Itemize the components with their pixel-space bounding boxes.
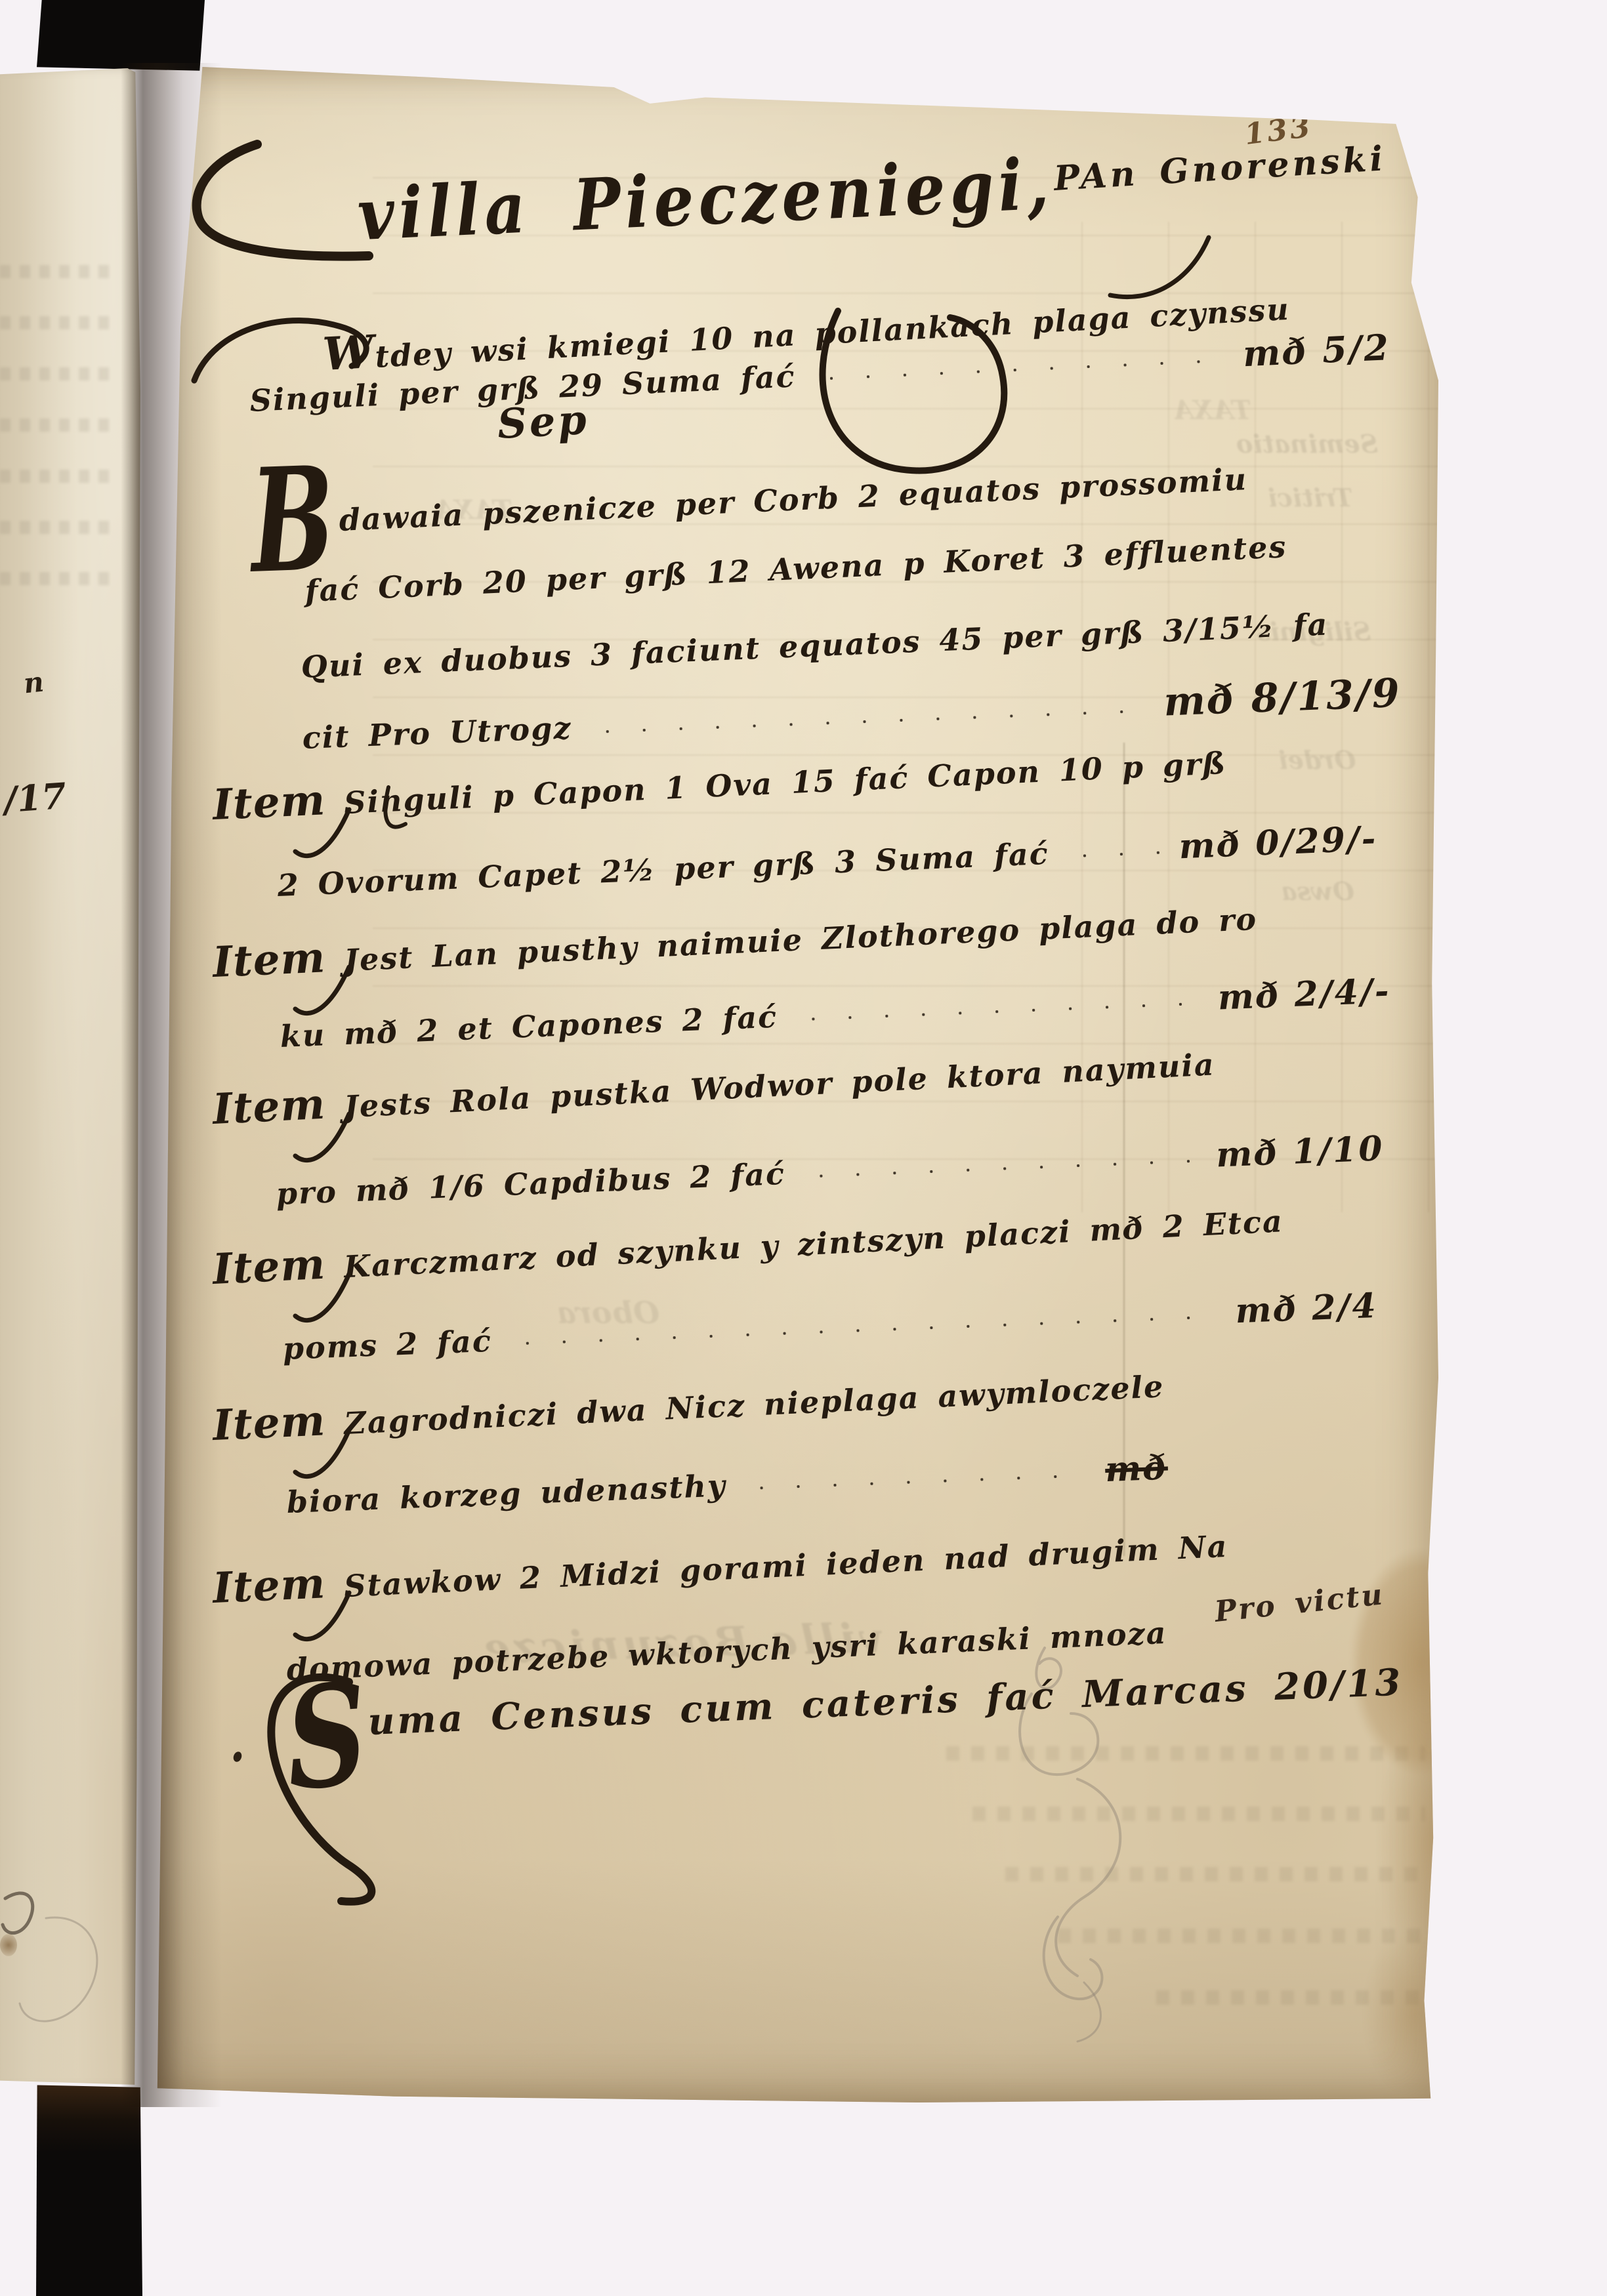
recto-page: Seminatio Tritici Siliginis Ordei Owsa T… [152, 67, 1438, 2102]
paragraph-line-4-row: cit Pro Utrogz mð 8/13/9 [301, 670, 1402, 758]
dot-leader [795, 1000, 1201, 1023]
item-row: Item Stawkow 2 Midzi gorami ieden nad dr… [212, 1518, 1229, 1613]
dot-leader [812, 357, 1226, 382]
dot-leader [589, 708, 1147, 736]
book-clamp-bottom [36, 2081, 142, 2296]
bleedthrough-word: Seminatio [1236, 429, 1378, 459]
item-amount-row: poms 2 fać mð 2/4 [282, 1286, 1379, 1368]
bleedthrough-row [1156, 1990, 1425, 2005]
owner-note: PAn Gnorenski [1053, 138, 1387, 199]
dot-leader [1066, 850, 1163, 860]
amount-value: mð 1/10 [1215, 1128, 1385, 1175]
amount-value-struck: mð [1104, 1447, 1169, 1490]
bleedthrough-word: Ordei [1278, 745, 1356, 775]
item-amount-row: biora korzeg udenasthy mð [286, 1447, 1169, 1521]
item-lead: Item [212, 933, 327, 987]
bleedthrough-row [972, 1807, 1425, 1821]
item-lead: Item [212, 1559, 327, 1613]
item-text: Karczmarz od szynku y zintszyn placzi mð… [343, 1203, 1284, 1284]
item-text: Zagrodniczi dwa Nicz nieplaga awymloczel… [343, 1368, 1165, 1441]
item-text: 2 Ovorum Capet 2½ per grß 3 Suma fać [277, 836, 1050, 903]
verso-bleed-line [0, 265, 113, 278]
verso-bleed-line [0, 419, 113, 432]
paragraph-line-1: dawaia pszenicze per Corb 2 equatos pros… [339, 461, 1249, 538]
item-lead: Item [211, 1080, 326, 1134]
item-text: ku mð 2 et Capones 2 fać [280, 999, 778, 1054]
item-text: Singuli p Capon 1 Ova 15 fać Capon 10 p … [343, 745, 1227, 821]
verso-bleed-line [0, 367, 113, 380]
dot-leader [803, 1158, 1200, 1180]
item-row: Item Jest Lan pusthy naimuie Zlothorego … [212, 891, 1259, 987]
item-row: Item Zagrodniczi dwa Nicz nieplaga awyml… [212, 1358, 1165, 1450]
scanned-manuscript-photo: { "document": { "page_number": "133", "t… [0, 0, 1607, 2296]
item-amount-row: 2 Ovorum Capet 2½ per grß 3 Suma fać mð … [276, 819, 1378, 905]
amount-value: mð 8/13/9 [1163, 670, 1402, 726]
paragraph-line-2: fać Corb 20 per grß 12 Awena p Koret 3 e… [304, 529, 1288, 609]
ink-dot [232, 1750, 243, 1763]
item-text: biora korzeg udenasthy [286, 1467, 727, 1520]
book-clamp-top [37, 0, 205, 72]
item-lead: Item [211, 1240, 326, 1294]
verso-brown-spot [0, 1934, 17, 1956]
verso-page-edge: n /17 [0, 68, 142, 2089]
bleedthrough-word: TAXA [1173, 395, 1251, 426]
verso-pen-curl [0, 1826, 142, 2089]
item-text: Jest Lan pusthy naimuie Zlothorego plaga… [343, 901, 1258, 978]
amount-value: mð 2/4/- [1217, 971, 1392, 1018]
verso-bleed-line [0, 316, 113, 329]
verso-bleed-line [0, 470, 113, 483]
bleedthrough-row [1005, 1867, 1425, 1881]
dot-leader [509, 1313, 1219, 1347]
bleedthrough-word: Tritici [1268, 483, 1353, 512]
paragraph-line-3: Qui ex duobus 3 faciunt equatos 45 per g… [301, 606, 1329, 685]
verso-ink-fragment: /17 [3, 775, 68, 821]
verso-ink-fragment: n [22, 666, 46, 700]
bleedthrough-row [946, 1746, 1425, 1761]
item-lead: Item [212, 1396, 327, 1450]
amount-value: mð 0/29/- [1178, 819, 1378, 867]
section-heading: Sep [496, 396, 590, 448]
bleedthrough-row [1058, 1929, 1425, 1943]
summary-initial-S: S [281, 1652, 374, 1822]
item-text: poms 2 fać [282, 1323, 493, 1366]
amount-value: mð 2/4 [1234, 1286, 1378, 1331]
item-amount-row: ku mð 2 et Capones 2 fać mð 2/4/- [280, 971, 1392, 1056]
bleedthrough-word: Owsa [1281, 876, 1354, 906]
verso-bleed-line [0, 521, 113, 534]
margin-note: Pro victu [1213, 1578, 1386, 1629]
item-text: Stawkow 2 Midzi gorami ieden nad drugim … [343, 1528, 1228, 1604]
item-lead: Item [212, 775, 327, 830]
verso-bleed-line [0, 572, 113, 585]
item-text: pro mð 1/6 Capdibus 2 fać [276, 1156, 786, 1212]
paragraph-line-4-text: cit Pro Utrogz [302, 710, 573, 756]
dot-leader [743, 1472, 1089, 1492]
amount-value: mð 5/2 [1242, 326, 1391, 375]
item-text: Jests Rola pustka Wodwor pole ktora naym… [343, 1046, 1216, 1124]
page-title: villa Pieczeniegi, [356, 142, 1055, 256]
